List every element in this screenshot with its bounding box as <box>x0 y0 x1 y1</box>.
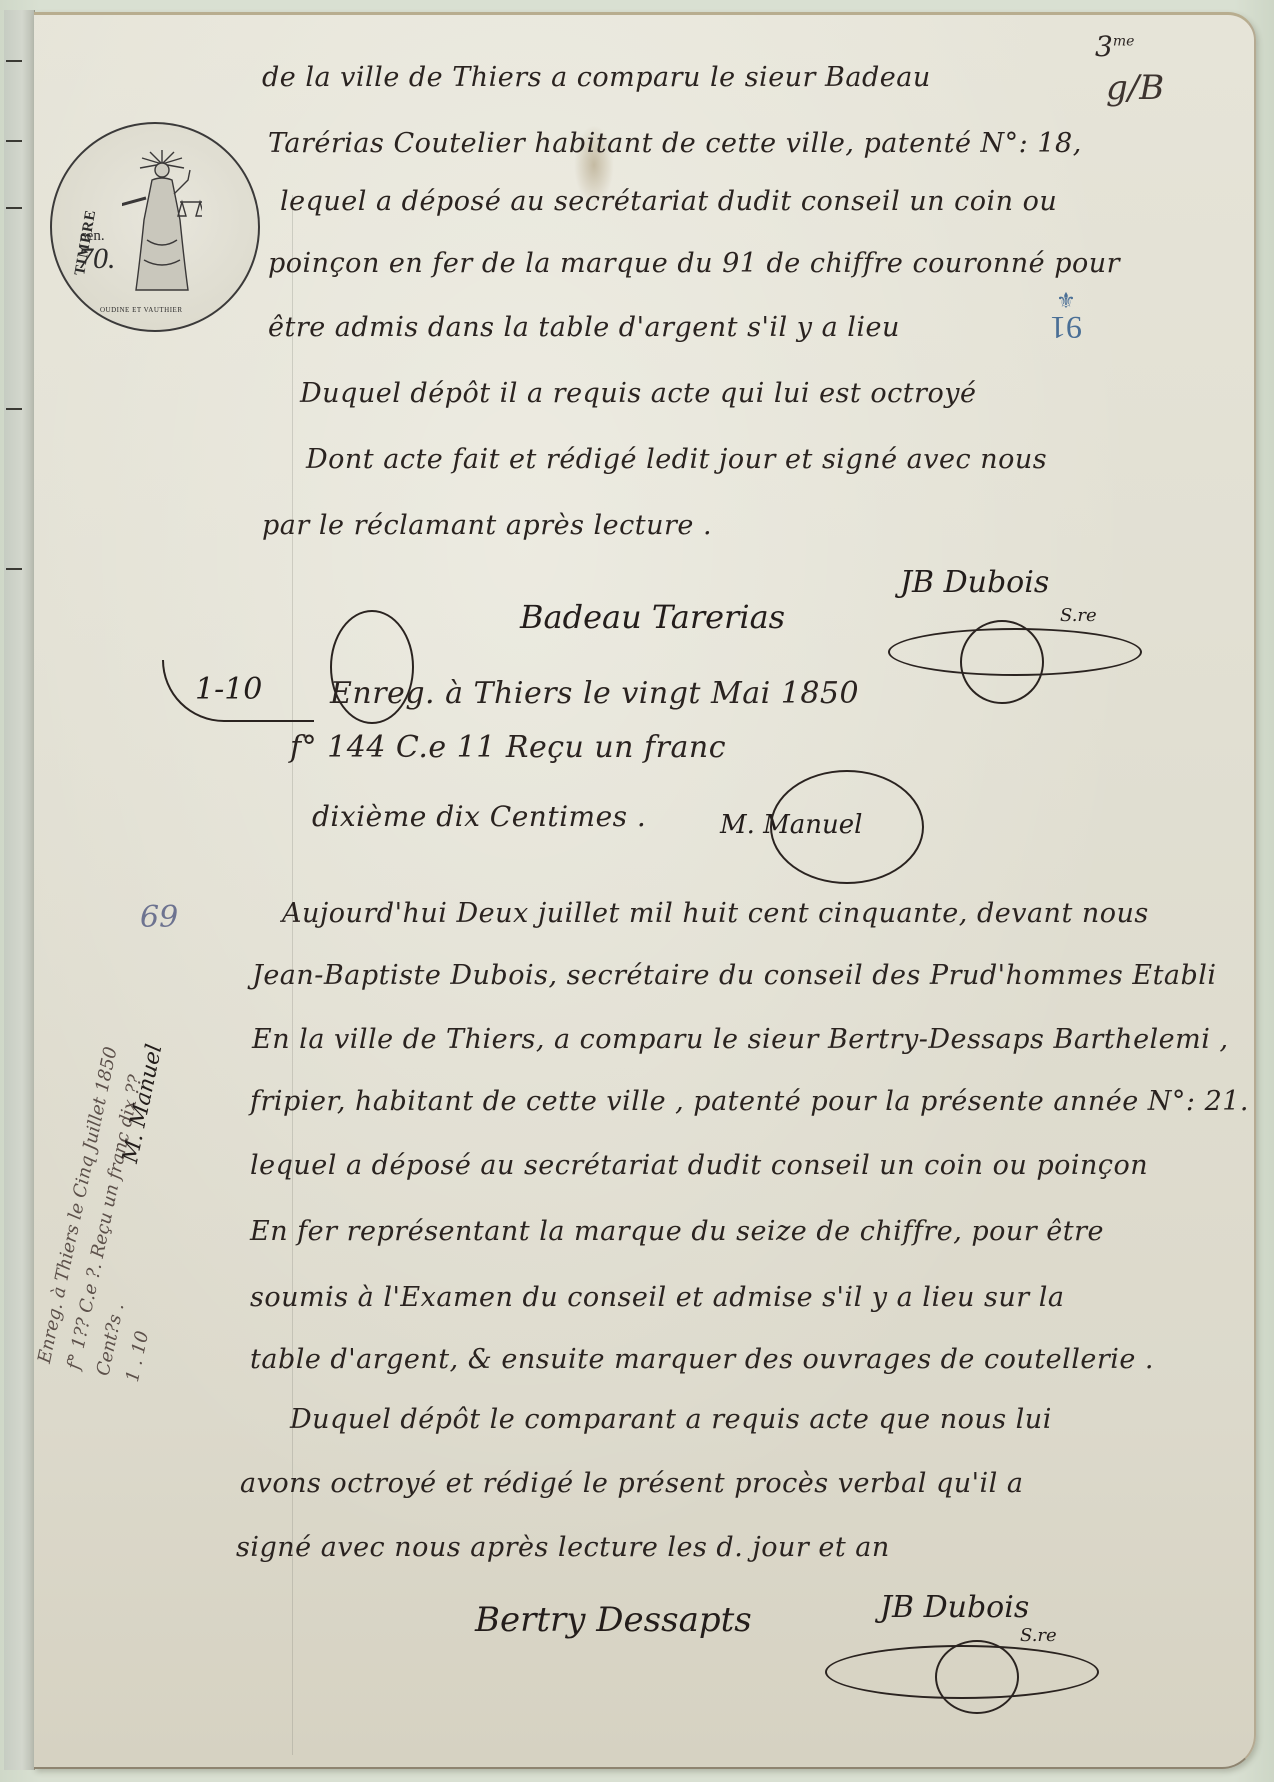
registration-line: Enreg. à Thiers le vingt Mai 1850 <box>330 676 859 711</box>
liberty-figure-icon <box>122 150 202 300</box>
entry-1-line: par le réclamant après lecture . <box>262 510 712 541</box>
signature-badeau: Badeau Tarerias <box>520 598 785 636</box>
folio-number-value: 3 <box>1095 30 1113 63</box>
fee-number: 1-10 <box>195 672 262 707</box>
binding-mark <box>6 140 22 142</box>
entry-2-line: Jean-Baptiste Dubois, secrétaire du cons… <box>252 960 1217 991</box>
binding-mark <box>6 568 22 570</box>
signature-flourish <box>960 620 1044 704</box>
mark-number: 91 <box>1050 312 1082 344</box>
entry-2-line: table d'argent, & ensuite marquer des ou… <box>250 1344 1154 1375</box>
registration-flourish <box>770 770 924 884</box>
tax-stamp: TIMBRE cen. 70. OUDINE ET VAUTHIER <box>50 122 260 332</box>
crown-icon: ⚜ <box>1050 290 1082 312</box>
entry-2-line: fripier, habitant de cette ville , paten… <box>250 1086 1249 1117</box>
entry-2-line: lequel a déposé au secrétariat dudit con… <box>250 1150 1148 1181</box>
stamp-value: 70. <box>78 242 116 276</box>
folio-superscript: me <box>1113 34 1135 50</box>
entry-1-line: Duquel dépôt il a requis acte qui lui es… <box>300 378 976 409</box>
entry-1-line: poinçon en fer de la marque du 91 de chi… <box>268 248 1120 279</box>
binding-mark <box>6 207 22 209</box>
entry-2-line: Aujourd'hui Deux juillet mil huit cent c… <box>282 898 1149 929</box>
book-binding <box>4 10 35 1770</box>
signature-dubois: JB Dubois <box>900 565 1049 600</box>
entry-1-line: Tarérias Coutelier habitant de cette vil… <box>268 128 1082 159</box>
folio-number: 3me <box>1095 30 1134 63</box>
signature-bertry: Bertry Dessapts <box>475 1600 752 1640</box>
binding-mark <box>6 408 22 410</box>
entry-1-line: lequel a déposé au secrétariat dudit con… <box>280 186 1057 217</box>
registration-line: f° 144 C.e 11 Reçu un franc <box>290 730 726 765</box>
crowned-mark-stamp: ⚜ 91 <box>1050 290 1082 344</box>
entry-2-line: avons octroyé et rédigé le présent procè… <box>240 1468 1024 1499</box>
entry-2-line: En fer représentant la marque du seize d… <box>250 1216 1104 1247</box>
registration-line: dixième dix Centimes . <box>312 800 646 833</box>
stamp-printer: OUDINE ET VAUTHIER <box>100 306 183 314</box>
margin-pencil-number: 69 <box>140 900 178 935</box>
entry-1-line: de la ville de Thiers a comparu le sieur… <box>262 62 931 93</box>
entry-2-line: En la ville de Thiers, a comparu le sieu… <box>252 1024 1229 1055</box>
entry-1-line: être admis dans la table d'argent s'il y… <box>268 312 900 343</box>
entry-1-line: Dont acte fait et rédigé ledit jour et s… <box>306 444 1047 475</box>
entry-2-line: Duquel dépôt le comparant a requis acte … <box>290 1404 1052 1435</box>
signature-dubois-title: S.re <box>1060 605 1097 626</box>
binding-mark <box>6 60 22 62</box>
entry-2-line: soumis à l'Examen du conseil et admise s… <box>250 1282 1065 1313</box>
entry-2-line: signé avec nous après lecture les d. jou… <box>236 1532 890 1563</box>
signature-dubois: JB Dubois <box>880 1590 1029 1625</box>
signature-dubois-title: S.re <box>1020 1625 1057 1646</box>
folio-sub-mark: g/B <box>1106 68 1164 108</box>
signature-flourish <box>935 1640 1019 1714</box>
